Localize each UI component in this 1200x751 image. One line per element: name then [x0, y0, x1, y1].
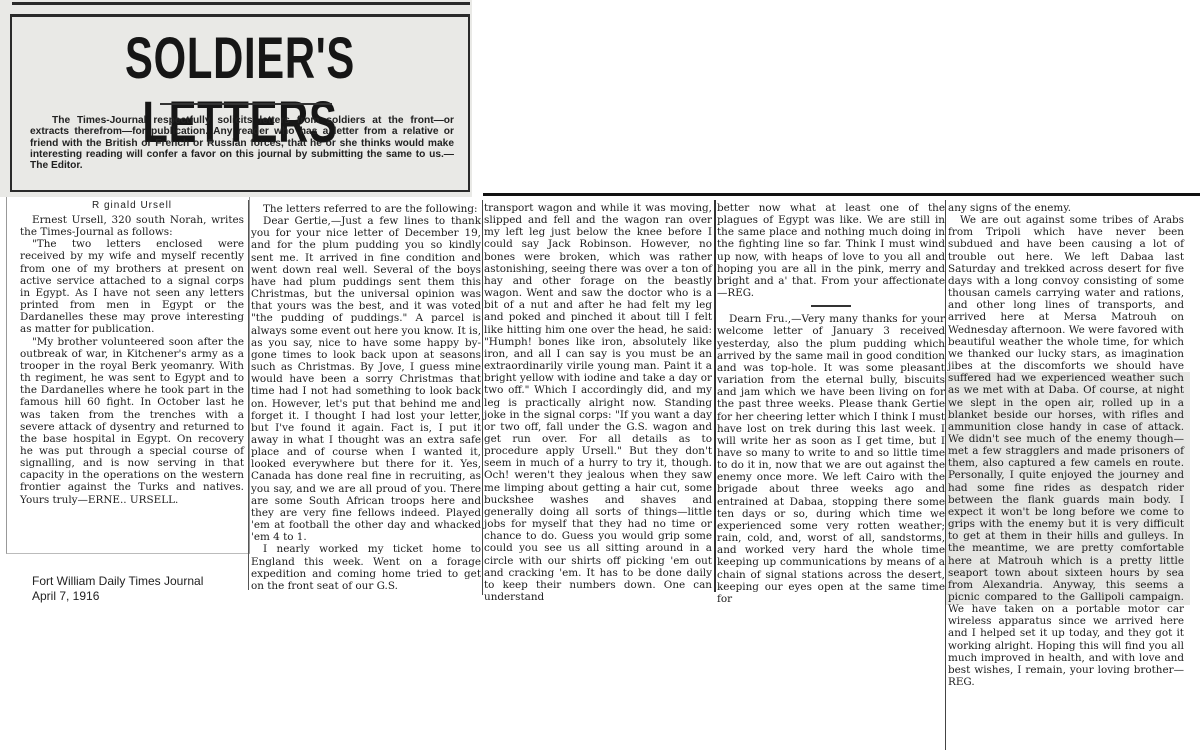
column-divider	[482, 200, 483, 595]
title-underline	[160, 103, 332, 105]
column-1: Ernest Ursell, 320 south Norah, writes t…	[20, 214, 244, 506]
column-4: better now what at least one of the plag…	[717, 202, 945, 605]
masthead-box: SOLDIER'S LETTERS The Times-Journal resp…	[10, 14, 470, 192]
section-rule	[483, 193, 1200, 196]
article-byline: R ginald Ursell	[20, 200, 244, 211]
column-5: any signs of the enemy. We are out again…	[948, 202, 1184, 688]
paragraph: The letters referred to are the followin…	[251, 203, 481, 215]
masthead: SOLDIER'S LETTERS The Times-Journal resp…	[0, 0, 472, 197]
paragraph: "The two letters enclosed were received …	[20, 238, 244, 335]
paragraph: "My brother volunteered soon after the o…	[20, 336, 244, 506]
column-divider	[714, 200, 716, 592]
source-caption: Fort William Daily Times Journal April 7…	[32, 574, 203, 604]
paragraph: any signs of the enemy.	[948, 202, 1184, 214]
caption-publication: Fort William Daily Times Journal	[32, 574, 203, 589]
letter-divider	[811, 305, 851, 307]
paragraph: transport wagon and while it was moving,…	[484, 202, 712, 603]
paragraph: better now what at least one of the plag…	[717, 202, 945, 299]
paragraph: I nearly worked my ticket home to Englan…	[251, 543, 481, 592]
column-2: The letters referred to are the followin…	[251, 203, 481, 592]
column-divider	[945, 200, 946, 750]
masthead-top-rule	[12, 2, 470, 5]
paragraph: Dearn Fru.,—Very many thanks for your we…	[717, 313, 945, 605]
paragraph: We are out against some tribes of Arabs …	[948, 214, 1184, 688]
column-divider	[248, 200, 249, 590]
caption-date: April 7, 1916	[32, 589, 203, 604]
editor-notice: The Times-Journal respectfully solicits …	[30, 115, 454, 171]
column-3: transport wagon and while it was moving,…	[484, 202, 712, 603]
paragraph: Ernest Ursell, 320 south Norah, writes t…	[20, 214, 244, 238]
paragraph: Dear Gertie,—Just a few lines to thank y…	[251, 215, 481, 543]
